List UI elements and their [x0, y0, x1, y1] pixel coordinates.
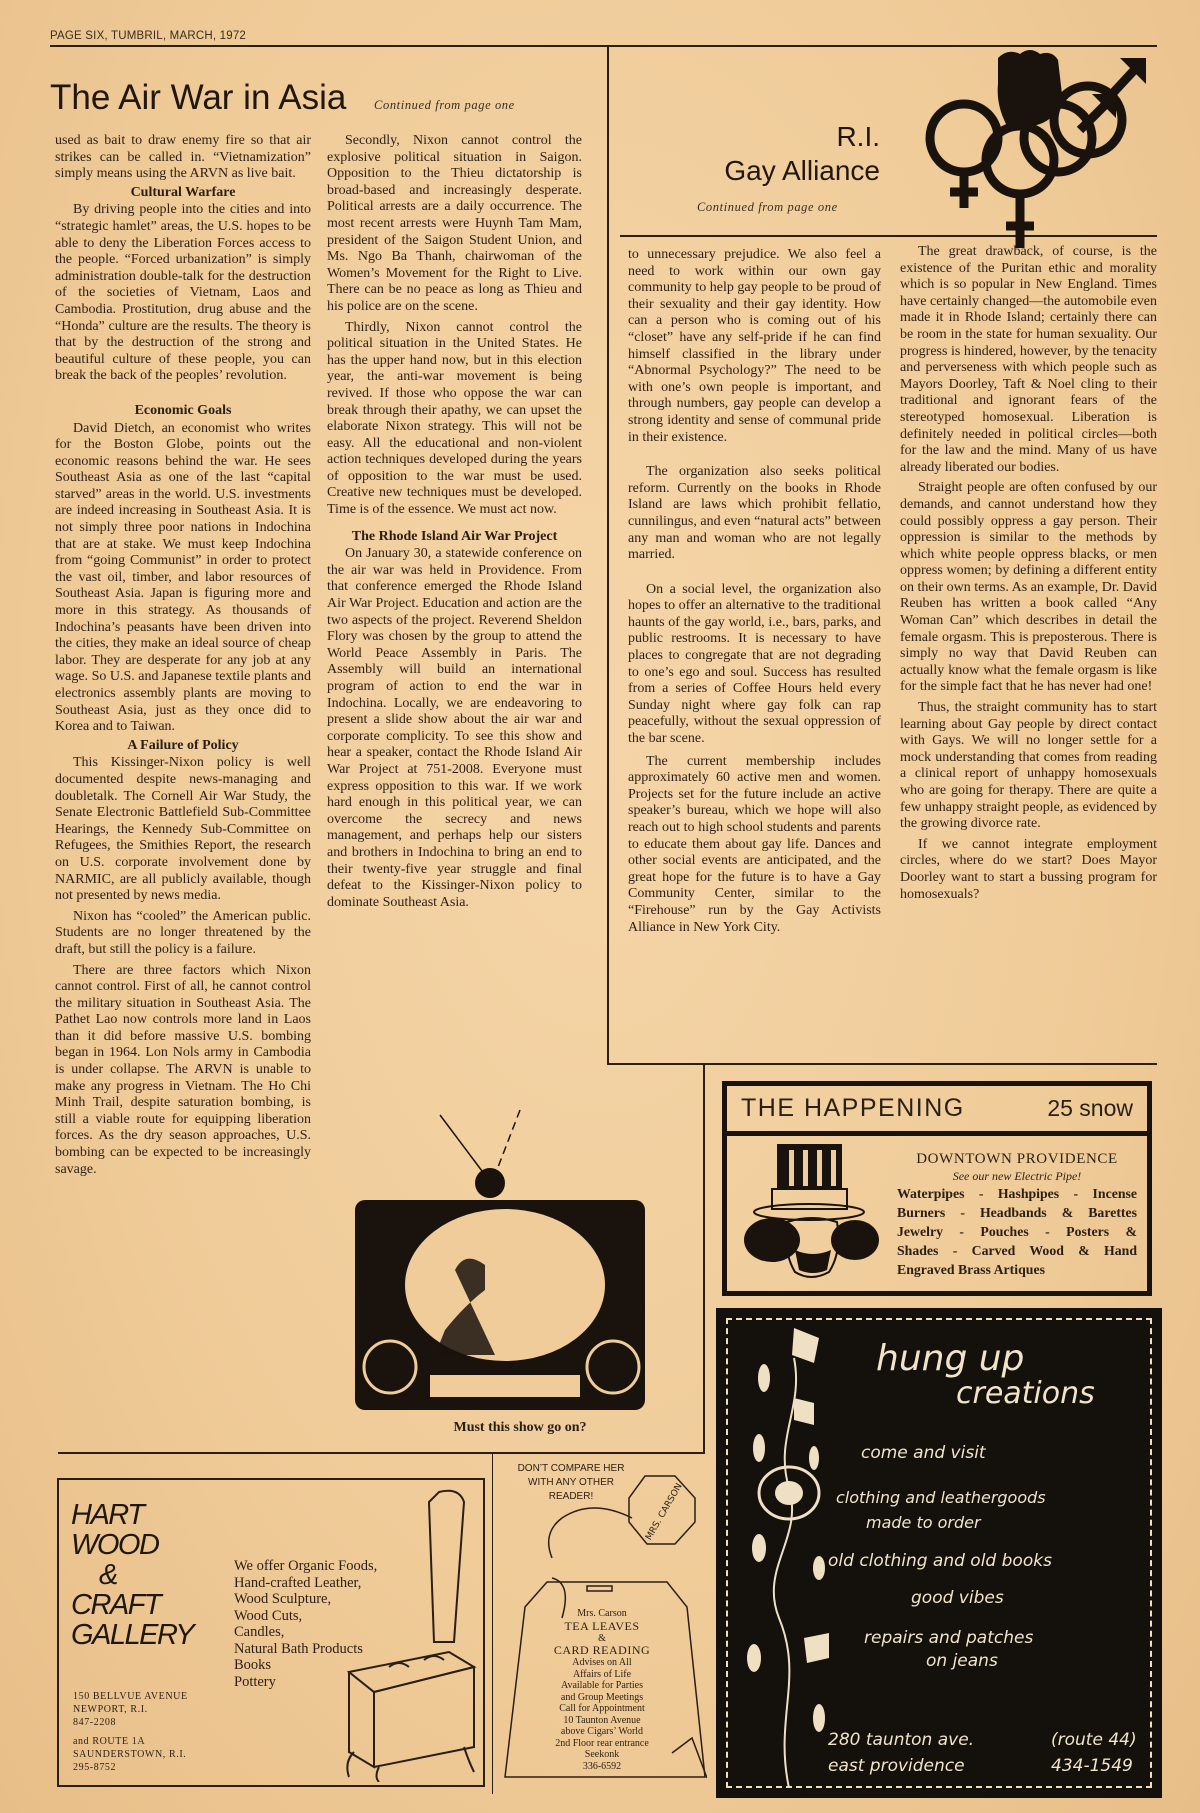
- paragraph: Thirdly, Nixon cannot control the politi…: [327, 320, 582, 519]
- gay-alliance-left-rule: [607, 46, 609, 1064]
- hung-up-title-2: creations: [956, 1376, 1095, 1411]
- air-war-continued: Continued from page one: [374, 98, 515, 112]
- paragraph: The organization also seeks political re…: [628, 464, 881, 564]
- title-line-2: Gay Alliance: [724, 154, 880, 188]
- air-war-column-2: Secondly, Nixon cannot control the explo…: [327, 133, 582, 911]
- air-war-column-1: used as bait to draw enemy fire so that …: [55, 133, 311, 1178]
- hung-up-line: clothing and leathergoods: [836, 1488, 1046, 1507]
- paragraph: On January 30, a statewide conference on…: [327, 546, 582, 911]
- happening-header: THE HAPPENING 25 snow: [727, 1086, 1147, 1136]
- gay-alliance-bottom-rule: [607, 1063, 1157, 1065]
- tea-line: Available for Parties: [527, 1680, 677, 1692]
- happening-location: DOWNTOWN PROVIDENCE: [897, 1150, 1137, 1169]
- subhead-failure-of-policy: A Failure of Policy: [55, 738, 311, 755]
- address-line: and ROUTE 1A: [73, 1735, 188, 1748]
- paragraph: By driving people into the cities and in…: [55, 202, 311, 385]
- gay-alliance-column-1: to unnecessary prejudice. We also feel a…: [628, 247, 881, 936]
- gay-alliance-continued: Continued from page one: [697, 200, 838, 215]
- paragraph: used as bait to draw enemy fire so that …: [55, 133, 311, 183]
- tea-line: Call for Appointment: [527, 1703, 677, 1715]
- address-line: SAUNDERSTOWN, R.I.: [73, 1748, 188, 1761]
- address-line: NEWPORT, R.I.: [73, 1703, 188, 1716]
- tea-line: Affairs of Life: [527, 1669, 677, 1681]
- paragraph: to unnecessary prejudice. We also feel a…: [628, 247, 881, 446]
- tea-service: CARD READING: [527, 1644, 677, 1657]
- hung-up-line: made to order: [866, 1513, 981, 1532]
- happening-line: Shades - Carved Wood & Hand: [897, 1241, 1137, 1260]
- air-war-headline: The Air War in Asia Continued from page …: [50, 78, 515, 118]
- address-line: 847-2208: [73, 1716, 188, 1729]
- name-line: CRAFT: [71, 1590, 193, 1620]
- tea-address-line: 10 Taunton Avenue: [527, 1715, 677, 1727]
- name-line: GALLERY: [71, 1620, 193, 1650]
- hung-up-line: on jeans: [926, 1651, 998, 1671]
- ads-divider-rule: [492, 1454, 493, 1794]
- hung-up-address-1: 280 taunton ave.: [828, 1730, 974, 1750]
- happening-name: THE HAPPENING: [741, 1094, 965, 1123]
- happening-line: Burners - Headbands & Barettes: [897, 1203, 1137, 1222]
- tea-line: and Group Meetings: [527, 1692, 677, 1704]
- tea-line: Advises on All: [527, 1657, 677, 1669]
- ad-hart-wood-craft-gallery: HART WOOD & CRAFT GALLERY We offer Organ…: [57, 1478, 485, 1787]
- name-line: HART: [71, 1500, 193, 1530]
- title-line-1: R.I.: [724, 120, 880, 154]
- tea-phone: 336-6592: [527, 1761, 677, 1773]
- name-line: &: [71, 1560, 193, 1590]
- happening-line: Waterpipes - Hashpipes - Incense: [897, 1184, 1137, 1203]
- paragraph: Straight people are often confused by ou…: [900, 480, 1157, 696]
- tea-details: Mrs. Carson TEA LEAVES & CARD READING Ad…: [527, 1608, 677, 1772]
- subhead-ri-air-war-project: The Rhode Island Air War Project: [327, 529, 582, 546]
- paragraph: David Dietch, an economist who writes fo…: [55, 421, 311, 736]
- tea-name: Mrs. Carson: [527, 1608, 677, 1620]
- gay-alliance-title: R.I. Gay Alliance: [724, 120, 880, 188]
- happening-text: DOWNTOWN PROVIDENCE See our new Electric…: [897, 1150, 1137, 1279]
- hung-up-route: (route 44): [1051, 1730, 1137, 1750]
- happening-line: Engraved Brass Artiques: [897, 1260, 1137, 1279]
- hart-wood-addresses: 150 BELLVUE AVENUE NEWPORT, R.I. 847-220…: [73, 1690, 188, 1774]
- paragraph: Secondly, Nixon cannot control the explo…: [327, 133, 582, 316]
- wood-stove-illustration-icon: [329, 1482, 479, 1782]
- newspaper-page: PAGE SIX, TUMBRIL, MARCH, 1972 The Air W…: [0, 0, 1200, 1813]
- happening-line: Jewelry - Pouches - Posters &: [897, 1222, 1137, 1241]
- air-war-title: The Air War in Asia: [50, 78, 346, 117]
- hung-up-line: old clothing and old books: [828, 1551, 1052, 1571]
- paragraph: Nixon has “cooled” the American public. …: [55, 909, 311, 959]
- tea-tag-label: MRS. CARSON: [644, 1482, 685, 1542]
- tea-address-line: Seekonk: [527, 1749, 677, 1761]
- tea-address-line: 2nd Floor rear entrance: [527, 1738, 677, 1750]
- tv-caption: Must this show go on?: [415, 1420, 625, 1436]
- ad-hung-up-creations: hung up creations come and visit clothin…: [716, 1308, 1162, 1798]
- address-line: 295-8752: [73, 1761, 188, 1774]
- paragraph: This Kissinger-Nixon policy is well docu…: [55, 755, 311, 904]
- subhead-economic-goals: Economic Goals: [55, 403, 311, 420]
- tv-right-rule: [703, 1064, 705, 1454]
- tv-bottom-rule: [58, 1452, 705, 1454]
- hung-up-address-2: east providence: [828, 1756, 965, 1776]
- hung-up-line: good vibes: [911, 1588, 1004, 1608]
- happening-address: 25 snow: [1047, 1095, 1133, 1122]
- paragraph: The current membership includes approxim…: [628, 754, 881, 937]
- raised-fist-gender-symbols-icon: [920, 48, 1160, 248]
- ad-the-happening: THE HAPPENING 25 snow DOWNTOWN PROVIDENC…: [722, 1081, 1152, 1296]
- address-line: 150 BELLVUE AVENUE: [73, 1690, 188, 1703]
- paragraph: There are three factors which Nixon cann…: [55, 963, 311, 1179]
- happening-tagline: See our new Electric Pipe!: [897, 1169, 1137, 1184]
- name-line: WOOD: [71, 1530, 193, 1560]
- page-folio: PAGE SIX, TUMBRIL, MARCH, 1972: [50, 30, 246, 42]
- paragraph: If we cannot integrate employment circle…: [900, 837, 1157, 903]
- paragraph: On a social level, the organization also…: [628, 582, 881, 748]
- top-rule: [50, 45, 1157, 47]
- subhead-cultural-warfare: Cultural Warfare: [55, 185, 311, 202]
- hung-up-line: come and visit: [861, 1443, 986, 1463]
- hung-up-phone: 434-1549: [1051, 1756, 1133, 1776]
- tea-service: TEA LEAVES: [527, 1620, 677, 1633]
- paragraph: Thus, the straight community has to star…: [900, 700, 1157, 833]
- paragraph: The great drawback, of course, is the ex…: [900, 244, 1157, 476]
- hung-up-line: repairs and patches: [864, 1628, 1033, 1648]
- gay-alliance-column-2: The great drawback, of course, is the ex…: [900, 244, 1157, 903]
- hung-up-title-1: hung up: [876, 1338, 1024, 1379]
- ad-mrs-carson-tea-leaves: DON’T COMPARE HER WITH ANY OTHER READER!…: [497, 1458, 707, 1788]
- tea-address-line: above Cigars’ World: [527, 1726, 677, 1738]
- hart-wood-name: HART WOOD & CRAFT GALLERY: [71, 1500, 193, 1650]
- uncle-sam-hat-face-icon: [737, 1140, 887, 1290]
- television-illustration-icon: [345, 1105, 665, 1415]
